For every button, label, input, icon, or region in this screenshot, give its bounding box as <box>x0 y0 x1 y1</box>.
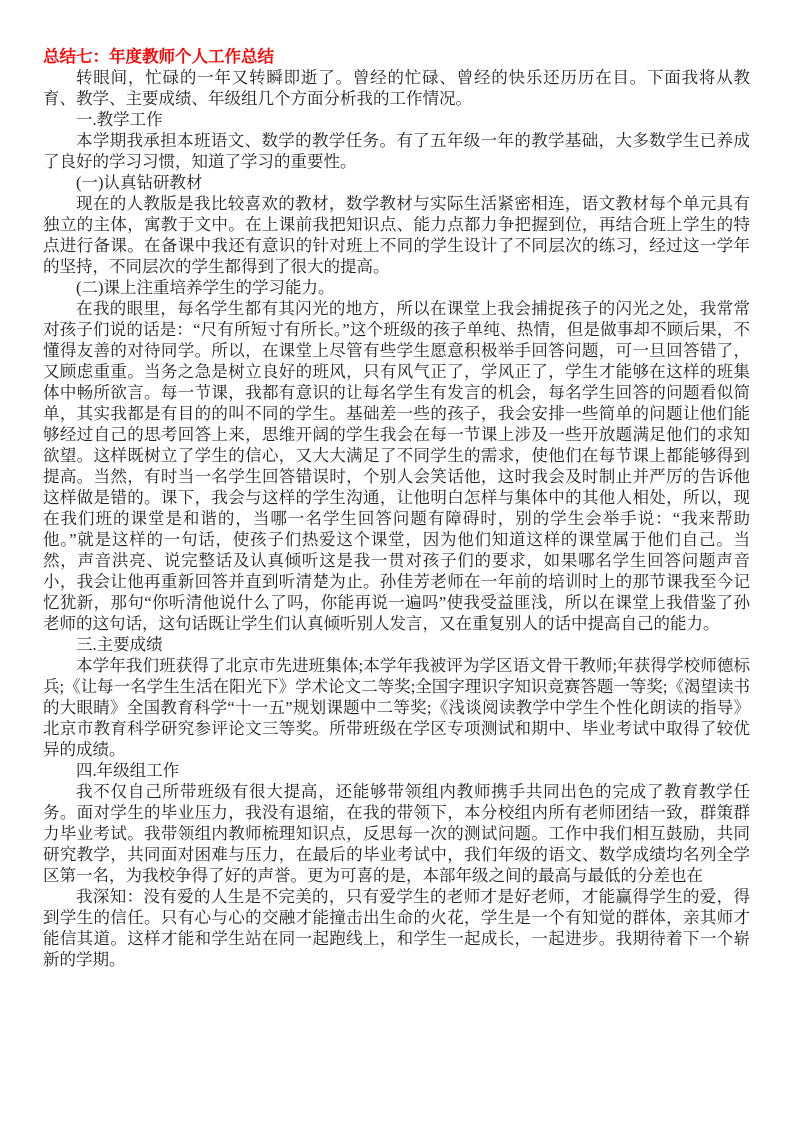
heading-study-materials: (一)认真钻研教材 <box>43 172 750 193</box>
heading-grade-group-work: 四.年级组工作 <box>43 760 750 781</box>
paragraph-main-achievements: 本学年我们班获得了北京市先进班集体;本学年我被评为学区语文骨干教师;年获得学校师… <box>43 655 750 760</box>
page-title: 总结七：年度教师个人工作总结 <box>43 46 750 67</box>
paragraph-grade-group-work: 我不仅自己所带班级有很大提高，还能够带领组内教师携手共同出色的完成了教育教学任务… <box>43 781 750 886</box>
paragraph-intro: 转眼间，忙碌的一年又转瞬即逝了。曾经的忙碌、曾经的快乐还历历在目。下面我将从教育… <box>43 67 750 109</box>
heading-learning-ability: (二)课上注重培养学生的学习能力。 <box>43 277 750 298</box>
paragraph-study-materials: 现在的人教版是我比较喜欢的教材，数学教材与实际生活紧密相连，语文教材每个单元具有… <box>43 193 750 277</box>
paragraph-learning-ability: 在我的眼里，每名学生都有其闪光的地方，所以在课堂上我会捕捉孩子的闪光之处，我常常… <box>43 298 750 634</box>
document-page: 总结七：年度教师个人工作总结 转眼间，忙碌的一年又转瞬即逝了。曾经的忙碌、曾经的… <box>0 0 793 1122</box>
paragraph-teaching-overview: 本学期我承担本班语文、数学的教学任务。有了五年级一年的教学基础，大多数学生已养成… <box>43 130 750 172</box>
heading-main-achievements: 三.主要成绩 <box>43 634 750 655</box>
paragraph-closing: 我深知：没有爱的人生是不完美的，只有爱学生的老师才是好老师，才能赢得学生的爱，得… <box>43 886 750 970</box>
heading-teaching-work: 一.教学工作 <box>43 109 750 130</box>
